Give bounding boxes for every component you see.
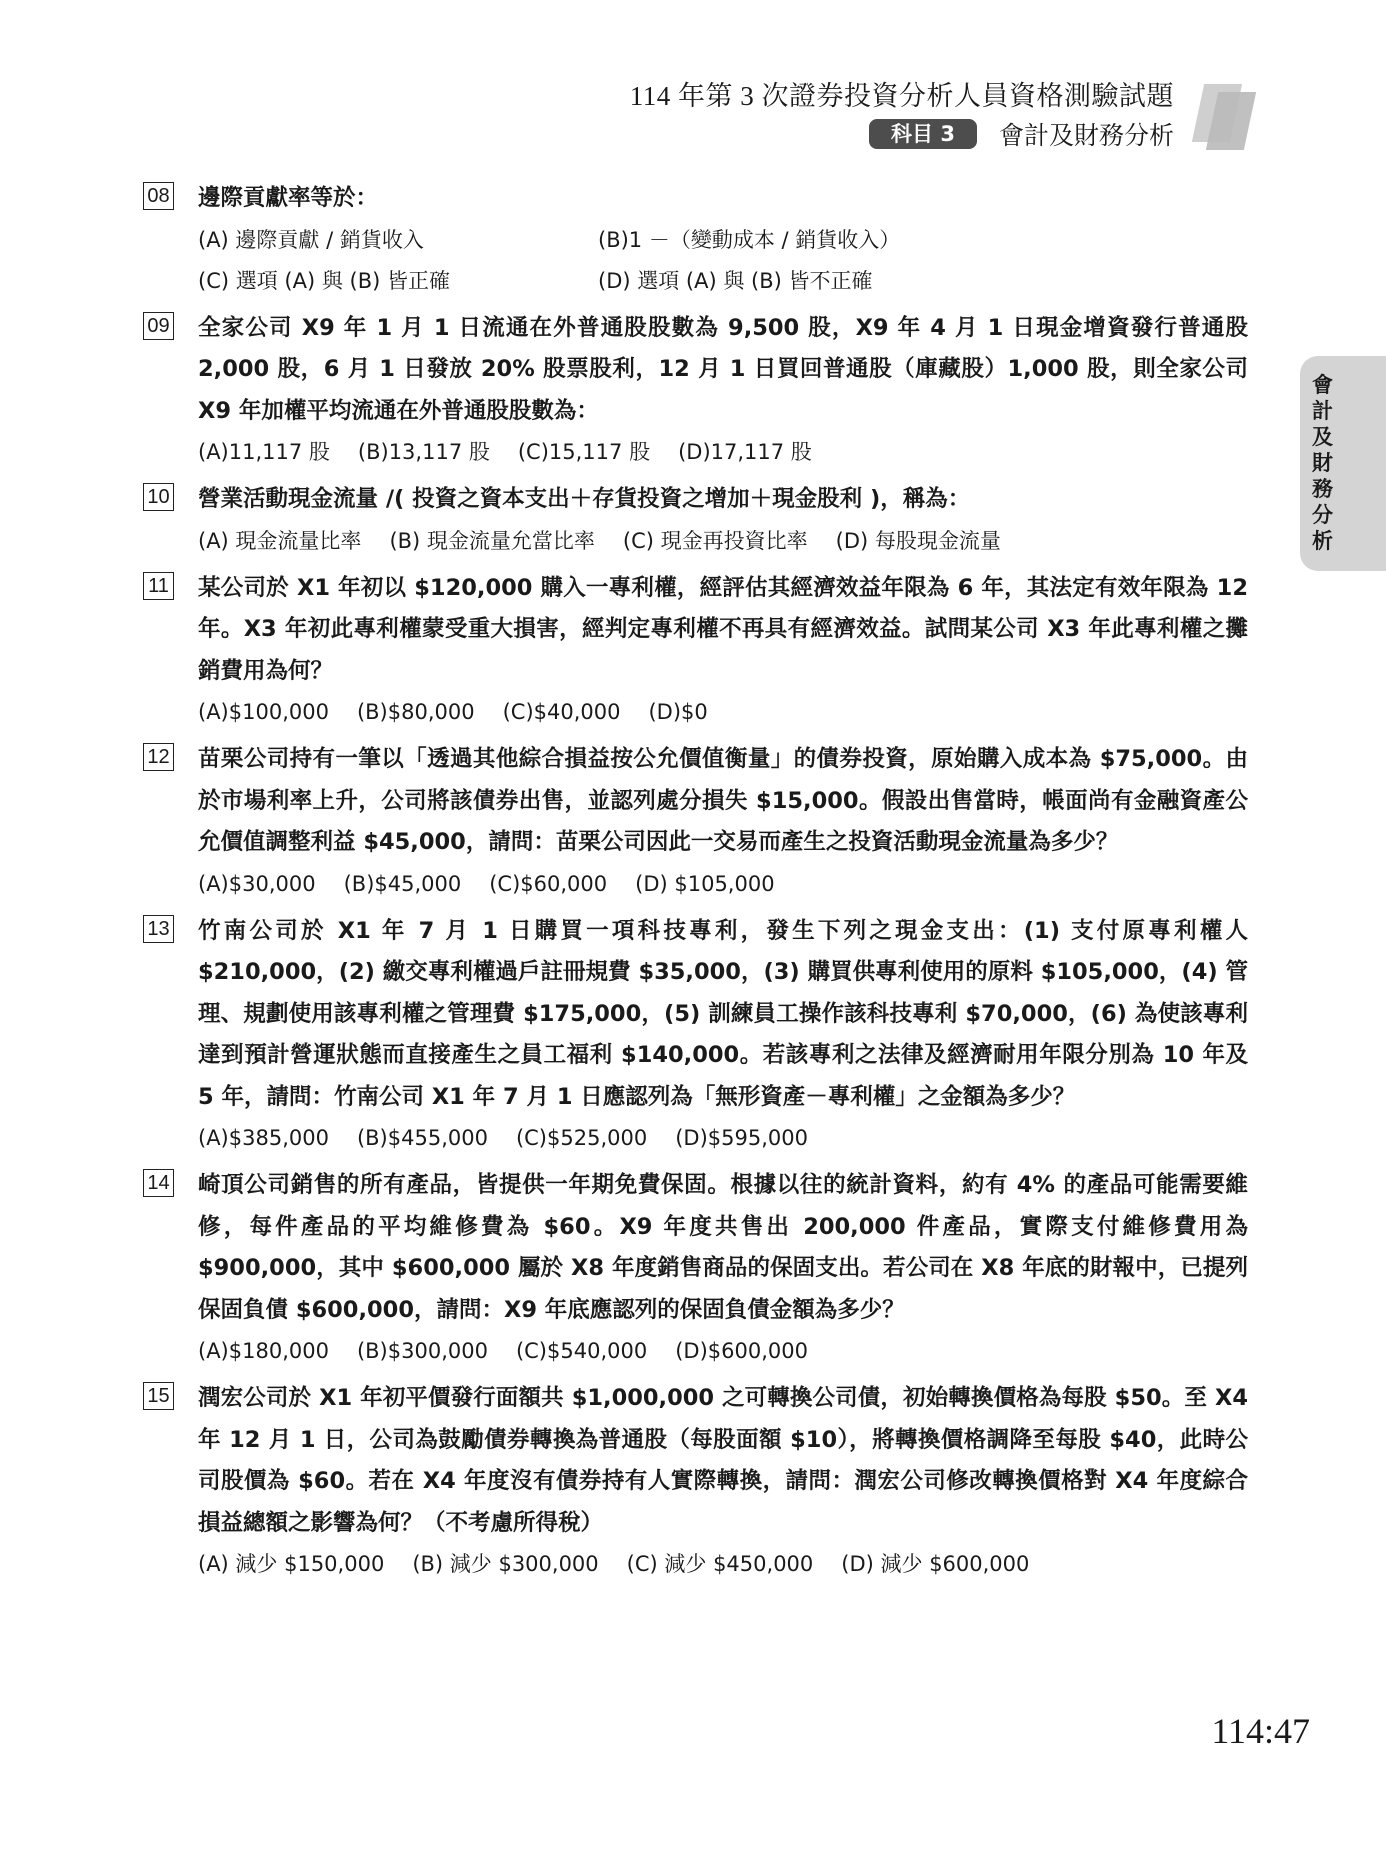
question-number: 08 xyxy=(143,182,174,210)
answer-option[interactable]: (B)1 －（變動成本 / 銷貨收入） xyxy=(598,220,998,261)
answer-option[interactable]: (A) 邊際貢獻 / 銷貨收入 xyxy=(198,220,598,261)
question-item: 14崎頂公司銷售的所有產品，皆提供一年期免費保固。根據以往的統計資料，約有 4%… xyxy=(143,1165,1248,1372)
answer-option[interactable]: (B) 現金流量允當比率 xyxy=(389,521,594,562)
answer-options: (A) 邊際貢獻 / 銷貨收入(B)1 －（變動成本 / 銷貨收入）(C) 選項… xyxy=(198,220,1248,302)
question-list: 08邊際貢獻率等於：(A) 邊際貢獻 / 銷貨收入(B)1 －（變動成本 / 銷… xyxy=(143,178,1248,1591)
answer-option[interactable]: (D) 每股現金流量 xyxy=(836,521,1001,562)
subject-row: 科目 3 會計及財務分析 xyxy=(869,116,1174,152)
answer-option[interactable]: (B)$45,000 xyxy=(344,864,462,905)
question-text: 營業活動現金流量 /( 投資之資本支出＋存貨投資之增加＋現金股利 )，稱為： xyxy=(198,479,1248,521)
answer-option[interactable]: (D)17,117 股 xyxy=(678,432,812,473)
answer-option[interactable]: (C)$525,000 xyxy=(516,1118,647,1159)
answer-option[interactable]: (B)$300,000 xyxy=(357,1331,488,1372)
question-text: 某公司於 X1 年初以 $120,000 購入一專利權，經評估其經濟效益年限為 … xyxy=(198,568,1248,693)
question-number: 14 xyxy=(143,1169,174,1197)
subject-name: 會計及財務分析 xyxy=(999,116,1174,152)
question-text: 竹南公司於 X1 年 7 月 1 日購買一項科技專利，發生下列之現金支出：(1)… xyxy=(198,911,1248,1119)
question-item: 12苗栗公司持有一筆以「透過其他綜合損益按公允價值衡量」的債券投資，原始購入成本… xyxy=(143,739,1248,905)
question-text: 全家公司 X9 年 1 月 1 日流通在外普通股股數為 9,500 股，X9 年… xyxy=(198,308,1248,433)
answer-options: (A) 現金流量比率(B) 現金流量允當比率(C) 現金再投資比率(D) 每股現… xyxy=(198,521,1248,562)
answer-option[interactable]: (C)15,117 股 xyxy=(518,432,650,473)
question-text: 邊際貢獻率等於： xyxy=(198,178,1248,220)
answer-options: (A) 減少 $150,000(B) 減少 $300,000(C) 減少 $45… xyxy=(198,1544,1248,1585)
question-item: 09全家公司 X9 年 1 月 1 日流通在外普通股股數為 9,500 股，X9… xyxy=(143,308,1248,474)
answer-option[interactable]: (A)11,117 股 xyxy=(198,432,330,473)
answer-option[interactable]: (A)$385,000 xyxy=(198,1118,329,1159)
question-item: 13竹南公司於 X1 年 7 月 1 日購買一項科技專利，發生下列之現金支出：(… xyxy=(143,911,1248,1160)
answer-option[interactable]: (C)$540,000 xyxy=(516,1331,647,1372)
answer-options: (A)$385,000(B)$455,000(C)$525,000(D)$595… xyxy=(198,1118,1248,1159)
answer-option[interactable]: (C) 減少 $450,000 xyxy=(627,1544,814,1585)
answer-option[interactable]: (C)$60,000 xyxy=(489,864,607,905)
question-text: 潤宏公司於 X1 年初平價發行面額共 $1,000,000 之可轉換公司債，初始… xyxy=(198,1378,1248,1544)
page-number: 114:47 xyxy=(1211,1710,1310,1752)
answer-option[interactable]: (C) 選項 (A) 與 (B) 皆正確 xyxy=(198,261,598,302)
question-item: 15潤宏公司於 X1 年初平價發行面額共 $1,000,000 之可轉換公司債，… xyxy=(143,1378,1248,1585)
answer-option[interactable]: (B)13,117 股 xyxy=(358,432,490,473)
answer-options: (A)$30,000(B)$45,000(C)$60,000(D) $105,0… xyxy=(198,864,1248,905)
answer-option[interactable]: (A) 現金流量比率 xyxy=(198,521,361,562)
answer-option[interactable]: (B)$80,000 xyxy=(357,692,475,733)
question-item: 11某公司於 X1 年初以 $120,000 購入一專利權，經評估其經濟效益年限… xyxy=(143,568,1248,734)
question-number: 15 xyxy=(143,1382,174,1410)
answer-option[interactable]: (A)$180,000 xyxy=(198,1331,329,1372)
answer-option[interactable]: (B)$455,000 xyxy=(357,1118,488,1159)
answer-option[interactable]: (D)$595,000 xyxy=(675,1118,808,1159)
answer-options: (A)$100,000(B)$80,000(C)$40,000(D)$0 xyxy=(198,692,1248,733)
answer-option[interactable]: (D)$600,000 xyxy=(675,1331,808,1372)
answer-option[interactable]: (C) 現金再投資比率 xyxy=(623,521,808,562)
answer-option[interactable]: (A)$100,000 xyxy=(198,692,329,733)
question-item: 10營業活動現金流量 /( 投資之資本支出＋存貨投資之增加＋現金股利 )，稱為：… xyxy=(143,479,1248,562)
answer-option[interactable]: (A)$30,000 xyxy=(198,864,316,905)
subject-badge: 科目 3 xyxy=(869,119,977,149)
answer-option[interactable]: (D) $105,000 xyxy=(635,864,774,905)
question-text: 崎頂公司銷售的所有產品，皆提供一年期免費保固。根據以往的統計資料，約有 4% 的… xyxy=(198,1165,1248,1331)
answer-option[interactable]: (D) 選項 (A) 與 (B) 皆不正確 xyxy=(598,261,998,302)
answer-option[interactable]: (D) 減少 $600,000 xyxy=(841,1544,1029,1585)
answer-option[interactable]: (B) 減少 $300,000 xyxy=(412,1544,598,1585)
question-number: 10 xyxy=(143,483,174,511)
answer-option[interactable]: (C)$40,000 xyxy=(503,692,621,733)
answer-option[interactable]: (A) 減少 $150,000 xyxy=(198,1544,384,1585)
answer-options: (A)$180,000(B)$300,000(C)$540,000(D)$600… xyxy=(198,1331,1248,1372)
question-number: 09 xyxy=(143,312,174,340)
question-number: 13 xyxy=(143,915,174,943)
side-tab-label: 會計及財務分析 xyxy=(1312,372,1338,554)
question-number: 11 xyxy=(143,572,174,600)
exam-title: 114 年第 3 次證券投資分析人員資格測驗試題 xyxy=(630,74,1174,113)
question-item: 08邊際貢獻率等於：(A) 邊際貢獻 / 銷貨收入(B)1 －（變動成本 / 銷… xyxy=(143,178,1248,302)
question-number: 12 xyxy=(143,743,174,771)
answer-option[interactable]: (D)$0 xyxy=(648,692,707,733)
answer-options: (A)11,117 股(B)13,117 股(C)15,117 股(D)17,1… xyxy=(198,432,1248,473)
question-text: 苗栗公司持有一筆以「透過其他綜合損益按公允價值衡量」的債券投資，原始購入成本為 … xyxy=(198,739,1248,864)
